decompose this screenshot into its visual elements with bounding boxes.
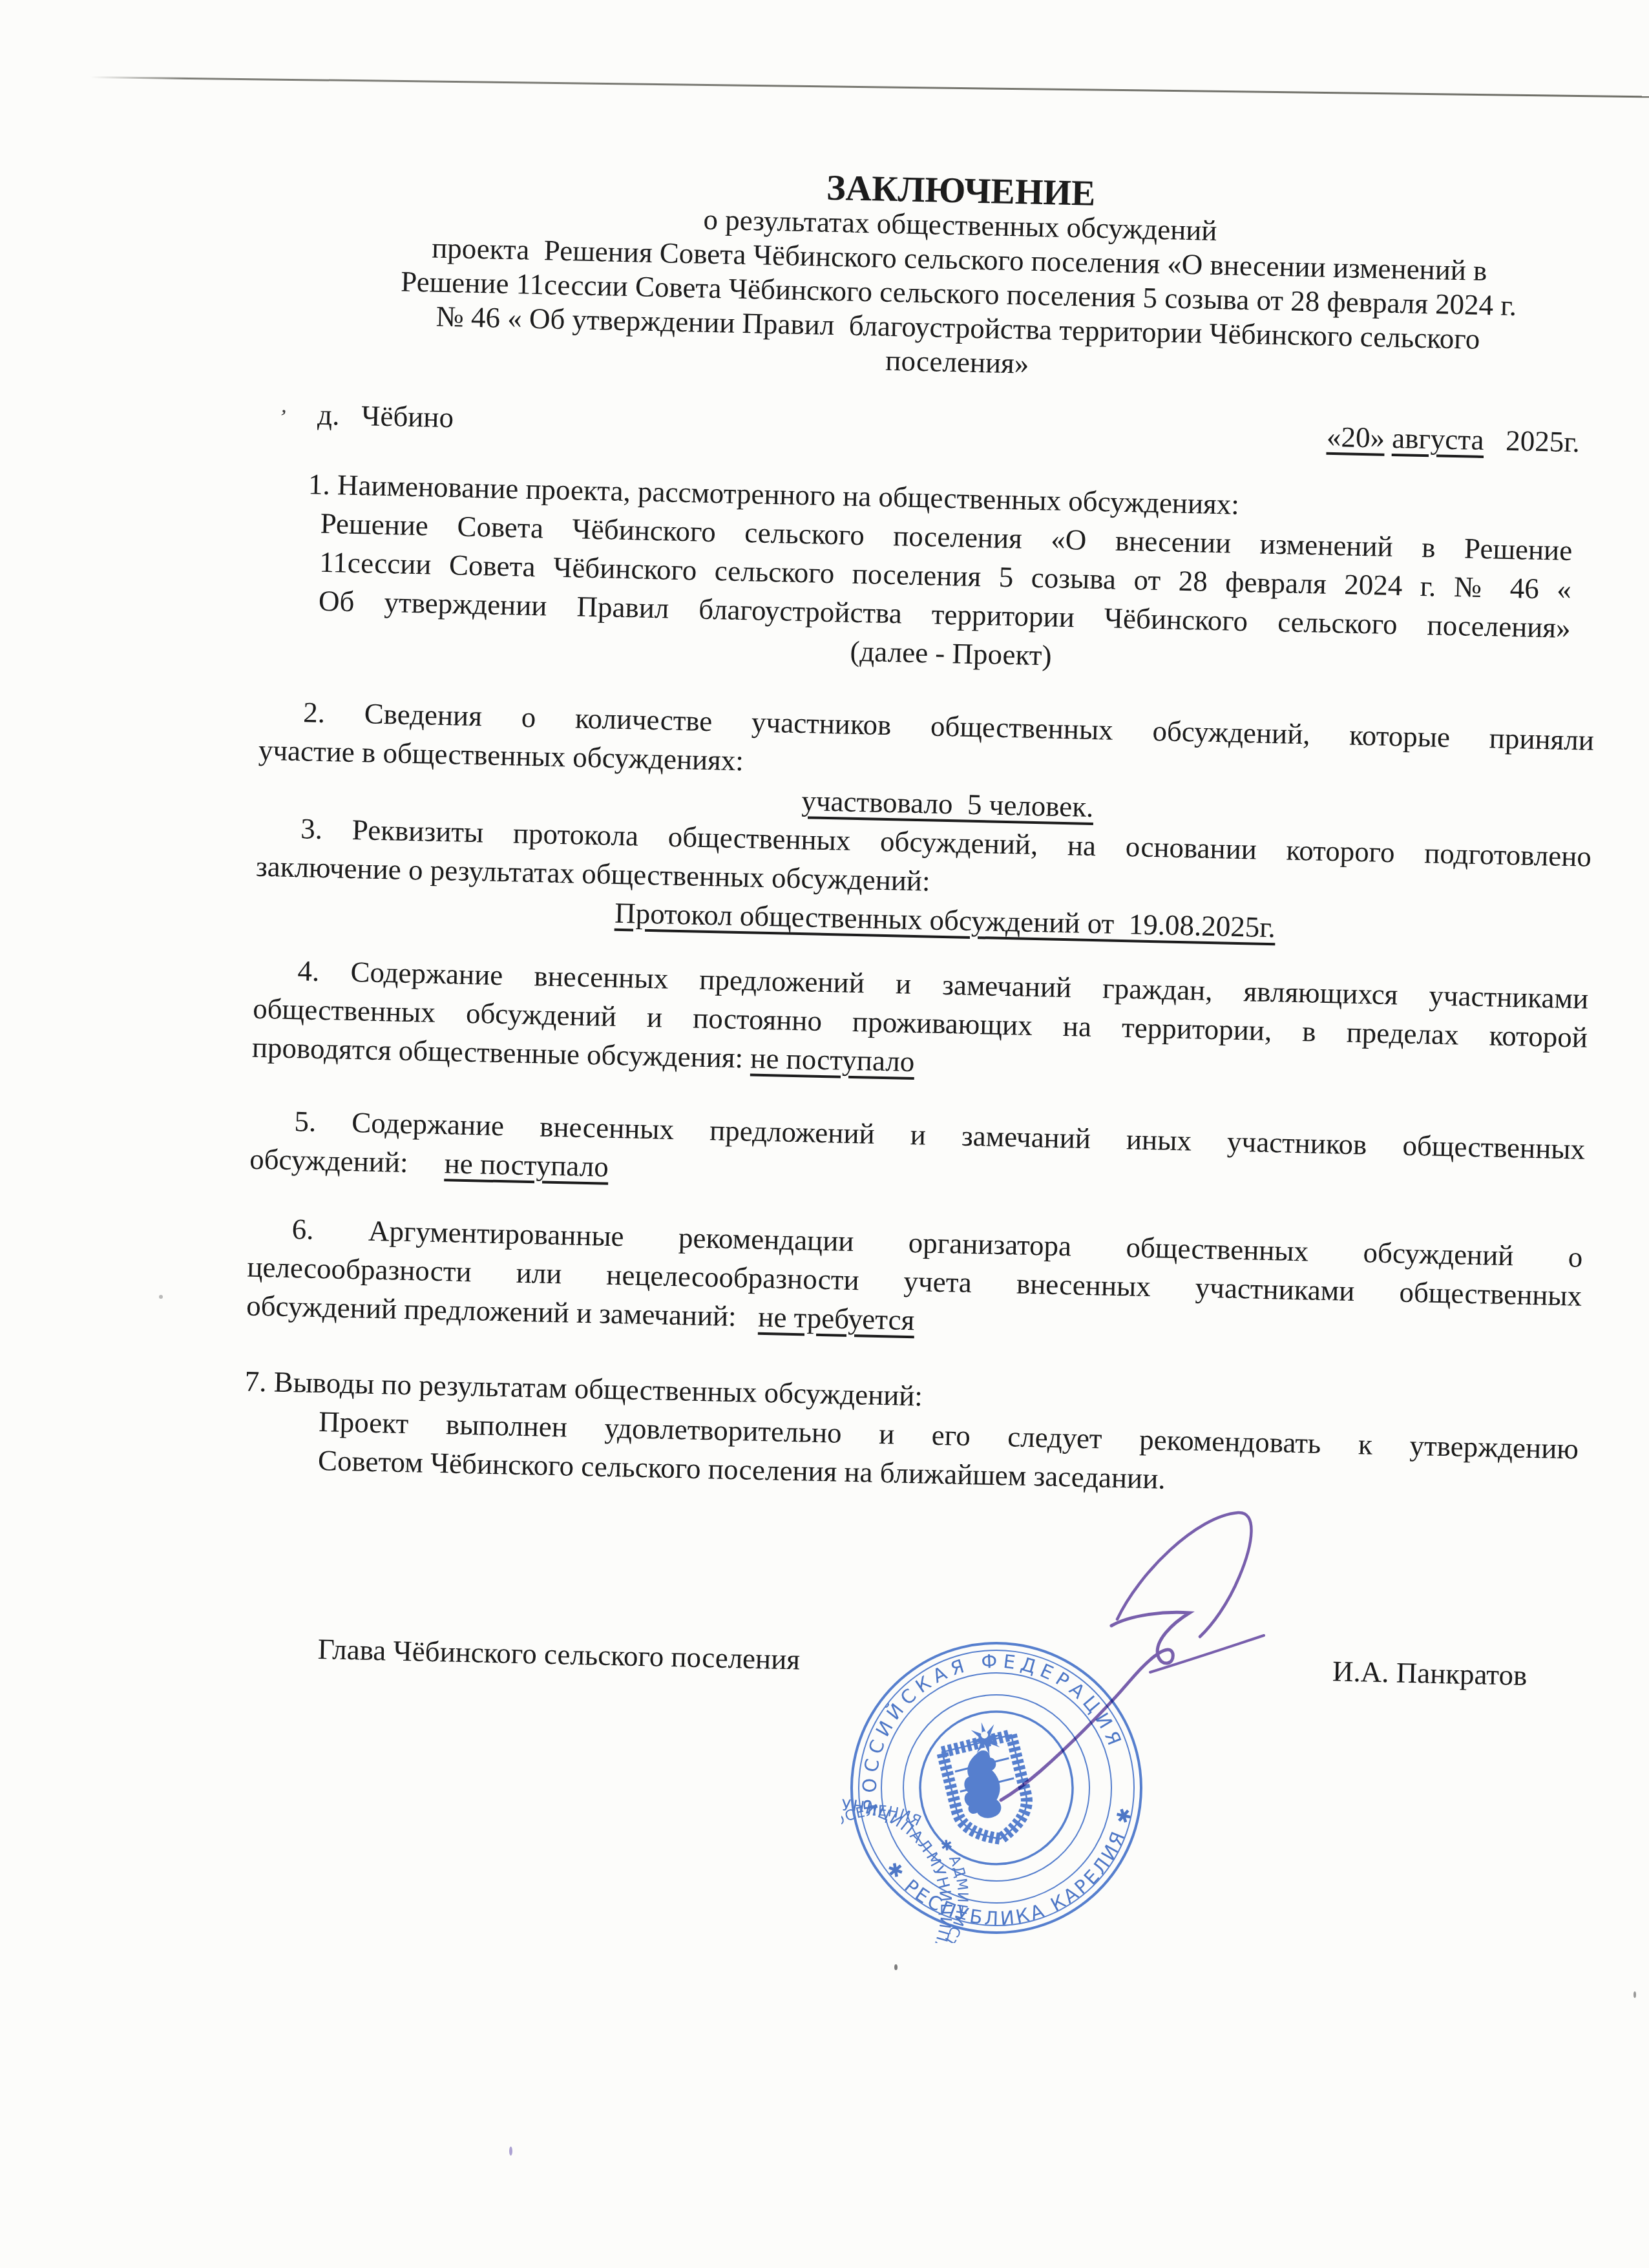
scanned-document: { "page": {"background": "#fcfcfa", "ink…: [0, 0, 1649, 2268]
handwritten-signature: [0, 0, 1649, 2268]
